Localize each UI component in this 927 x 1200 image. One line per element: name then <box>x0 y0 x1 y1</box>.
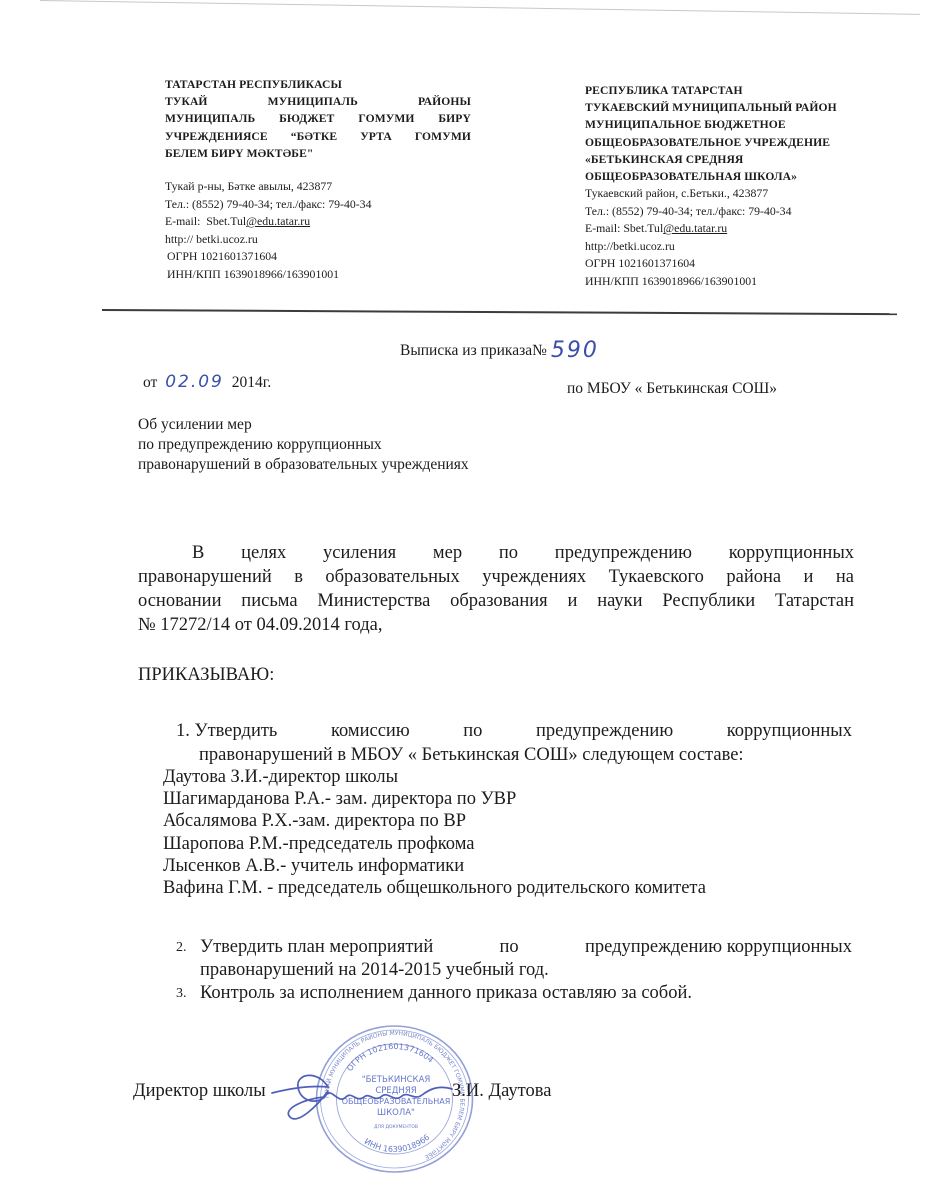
website-link[interactable]: http://betki.ucoz.ru <box>585 238 905 256</box>
ogrn: ОГРН 1021601371604 <box>585 255 905 273</box>
order-date: от 02.09 2014г. <box>143 372 271 392</box>
org-line: БЕЛЕМ БИРҮ МӘКТӘБЕ" <box>165 145 471 162</box>
svg-text:ИНН 1639018966: ИНН 1639018966 <box>363 1133 432 1154</box>
header-left-tatar: ТАТАРСТАН РЕСПУБЛИКАСЫ ТУКАЙ МУНИЦИПАЛЬ … <box>165 76 471 283</box>
member-item: Шагимарданова Р.А.- зам. директора по УВ… <box>163 788 706 810</box>
email: E-mail: Sbet.Tul@edu.tatar.ru <box>585 220 905 238</box>
order-heading: ПРИКАЗЫВАЮ: <box>138 665 274 686</box>
website-link[interactable]: http:// betki.ucoz.ru <box>165 231 471 249</box>
org-line: ТУКАЙ МУНИЦИПАЛЬ РАЙОНЫ <box>165 93 471 110</box>
signature-name: З.И. Даутова <box>452 1081 551 1102</box>
extract-title: Выписка из приказа№590 <box>400 336 599 361</box>
preamble-paragraph: В целях усиления мер по предупреждению к… <box>138 541 854 637</box>
phone: Тел.: (8552) 79-40-34; тел./факс: 79-40-… <box>585 203 905 221</box>
org-name-tatar: ТАТАРСТАН РЕСПУБЛИКАСЫ ТУКАЙ МУНИЦИПАЛЬ … <box>165 76 471 162</box>
order-number-handwritten: 590 <box>551 338 599 363</box>
order-item-2: 2. Утвердить план мероприятий по предупр… <box>176 936 852 982</box>
email-link[interactable]: @edu.tatar.ru <box>246 214 310 228</box>
commission-members-list: Даутова З.И.-директор школы Шагимарданов… <box>163 766 706 899</box>
order-subject: Об усилении мер по предупреждению корруп… <box>138 415 469 475</box>
ogrn: ОГРН 1021601371604 <box>165 248 471 266</box>
org-line: ТУКАЕВСКИЙ МУНИЦИПАЛЬНЫЙ РАЙОН <box>585 99 905 116</box>
address: Тукай р-ны, Бәтке авылы, 423877 <box>165 178 471 196</box>
inn-kpp: ИНН/КПП 1639018966/163901001 <box>165 266 471 284</box>
order-item-1: 1. Утвердить комиссию по предупреждению … <box>176 719 852 767</box>
org-line: РЕСПУБЛИКА ТАТАРСТАН <box>585 82 905 99</box>
inn-kpp: ИНН/КПП 1639018966/163901001 <box>585 273 905 291</box>
org-line: МУНИЦИПАЛЬНОЕ БЮДЖЕТНОЕ <box>585 116 905 133</box>
member-item: Даутова З.И.-директор школы <box>163 766 706 788</box>
scan-edge-line <box>40 0 920 34</box>
header-divider <box>102 309 897 315</box>
phone: Тел.: (8552) 79-40-34; тел./факс: 79-40-… <box>165 196 471 214</box>
director-signature <box>268 1065 483 1130</box>
email: E-mail: Sbet.Tul@edu.tatar.ru <box>165 213 471 231</box>
org-line: «БЕТЬКИНСКАЯ СРЕДНЯЯ <box>585 151 905 168</box>
org-line: ОБЩЕОБРАЗОВАТЕЛЬНАЯ ШКОЛА» <box>585 168 905 185</box>
order-item-3: 3. Контроль за исполнением данного прика… <box>176 982 852 1005</box>
org-line: МУНИЦИПАЛЬ БЮДЖЕТ ГОМУМИ БИРҮ <box>165 110 471 127</box>
address: Тукаевский район, с.Бетьки., 423877 <box>585 185 905 203</box>
member-item: Лысенков А.В.- учитель информатики <box>163 855 706 877</box>
header-right-russian: РЕСПУБЛИКА ТАТАРСТАН ТУКАЕВСКИЙ МУНИЦИПА… <box>585 82 905 290</box>
org-name-russian: РЕСПУБЛИКА ТАТАРСТАН ТУКАЕВСКИЙ МУНИЦИПА… <box>585 82 905 185</box>
email-link[interactable]: @edu.tatar.ru <box>663 221 727 235</box>
member-item: Вафина Г.М. - председатель общешкольного… <box>163 877 706 899</box>
order-items-2-3: 2. Утвердить план мероприятий по предупр… <box>176 936 852 1005</box>
contacts-right: Тукаевский район, с.Бетьки., 423877 Тел.… <box>585 185 905 290</box>
member-item: Шаропова Р.М.-председатель профкома <box>163 833 706 855</box>
organization-reference: по МБОУ « Бетькинская СОШ» <box>567 380 777 398</box>
member-item: Абсалямова Р.Х.-зам. директора по ВР <box>163 810 706 832</box>
org-line: ОБЩЕОБРАЗОВАТЕЛЬНОЕ УЧРЕЖДЕНИЕ <box>585 134 905 151</box>
org-line: ТАТАРСТАН РЕСПУБЛИКАСЫ <box>165 76 471 93</box>
contacts-left: Тукай р-ны, Бәтке авылы, 423877 Тел.: (8… <box>165 178 471 283</box>
date-handwritten: 02.09 <box>165 372 224 392</box>
org-line: УЧРЕЖДЕНИЯСЕ “БӘТКЕ УРТА ГОМУМИ <box>165 128 471 145</box>
signature-title: Директор школы <box>133 1081 266 1102</box>
